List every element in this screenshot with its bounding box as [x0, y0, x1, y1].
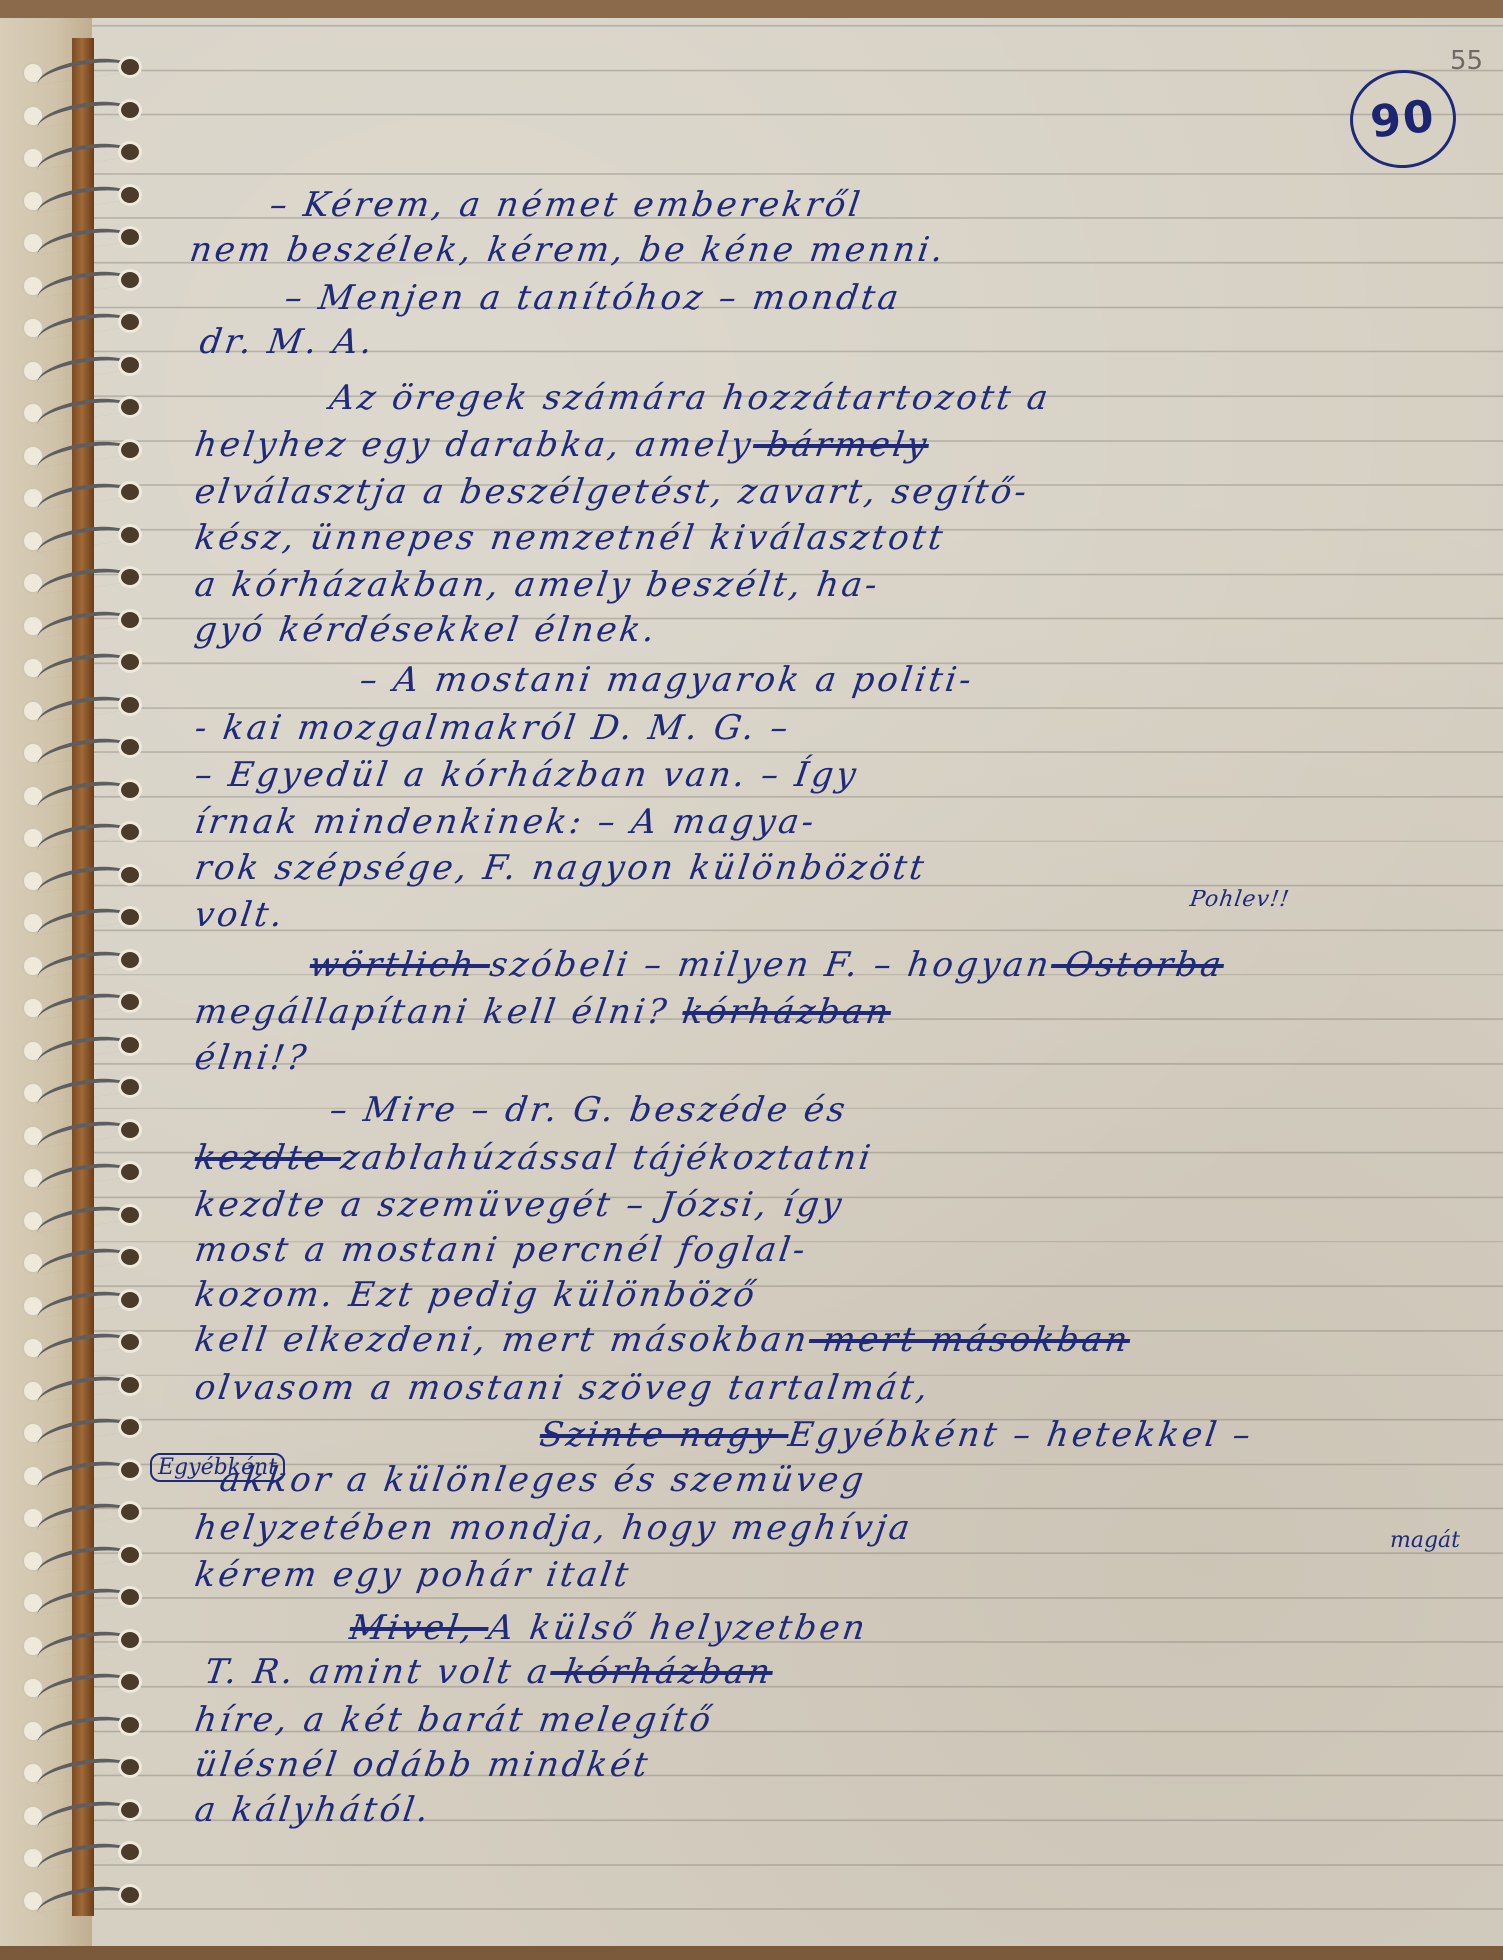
line-text: – Kérem, a német emberekről — [267, 185, 865, 225]
handwritten-line: a kórházakban, amely beszélt, ha- — [192, 563, 883, 607]
line-text: – A mostani magyarok a politi- — [357, 660, 976, 700]
line-text: T. R. amint volt a — [202, 1652, 553, 1692]
line-text: zablahúzással tájékoztatni — [338, 1138, 875, 1178]
spiral-coil-icon — [22, 1673, 140, 1697]
handwritten-line: Szinte nagy Egyébként – hetekkel – — [537, 1413, 1256, 1457]
line-text: – Egyedül a kórházban van. – Így — [192, 755, 861, 795]
spiral-coil-icon — [22, 143, 140, 167]
handwritten-line: Az öregek számára hozzátartozott a — [327, 376, 1054, 420]
handwritten-line: megállapítani kell élni? kórházban — [192, 990, 894, 1034]
spiral-coil-icon — [22, 1588, 140, 1612]
spiral-coil-icon — [22, 1333, 140, 1357]
spiral-coil-icon — [22, 398, 140, 422]
struck-text: mert másokban — [806, 1320, 1132, 1360]
line-text: a kályhától. — [192, 1790, 434, 1830]
handwritten-line: kérem egy pohár italt — [192, 1553, 634, 1597]
spiral-coil-icon — [22, 993, 140, 1017]
line-text: helyhez egy darabka, amely — [192, 425, 756, 465]
struck-text: wörtlich — [307, 945, 493, 985]
handwritten-line: most a mostani percnél foglal- — [192, 1228, 811, 1272]
spiral-coil-icon — [22, 1503, 140, 1527]
handwritten-line: helyhez egy darabka, amely bármely — [192, 423, 932, 467]
spiral-coil-icon — [22, 1121, 140, 1145]
line-text: akkor a különleges és szemüveg — [217, 1460, 869, 1500]
line-text: kell elkezdeni, mert másokban — [192, 1320, 812, 1360]
line-text: Egyébként – hetekkel – — [786, 1415, 1256, 1455]
handwritten-line: – Egyedül a kórházban van. – Így — [192, 753, 862, 797]
handwritten-line: kell elkezdeni, mert másokban mert mások… — [192, 1318, 1133, 1362]
handwritten-line: gyó kérdésekkel élnek. — [192, 608, 660, 652]
margin-note: Egyébként — [150, 1453, 285, 1482]
handwritten-line: – A mostani magyarok a politi- — [357, 658, 977, 702]
line-text: ülésnél odább mindkét — [192, 1745, 653, 1785]
line-text: volt. — [192, 895, 288, 935]
handwritten-line: rok szépsége, F. nagyon különbözött — [192, 846, 930, 890]
spiral-coil-icon — [22, 356, 140, 380]
handwritten-line: írnak mindenkinek: – A magya- — [192, 800, 819, 844]
line-text: A külső helyzetben — [486, 1608, 871, 1648]
spiral-coil-icon — [22, 1631, 140, 1655]
handwritten-line: a kályhától. — [192, 1788, 434, 1832]
spiral-coil-icon — [22, 186, 140, 210]
line-text: gyó kérdésekkel élnek. — [192, 610, 660, 650]
spiral-coil-icon — [22, 568, 140, 592]
line-text: Az öregek számára hozzátartozott a — [327, 378, 1053, 418]
handwritten-line: Mivel, A külső helyzetben — [347, 1606, 871, 1650]
struck-text: kórházban — [680, 992, 894, 1032]
spiral-coil-icon — [22, 101, 140, 125]
handwritten-line: elválasztja a beszélgetést, zavart, segí… — [192, 470, 1032, 514]
spiral-coil-icon — [22, 1843, 140, 1867]
handwritten-line: kész, ünnepes nemzetnél kiválasztott — [192, 516, 948, 560]
spiral-coil-icon — [22, 1758, 140, 1782]
spiral-coil-icon — [22, 1716, 140, 1740]
handwritten-line: akkor a különleges és szemüveg — [217, 1458, 869, 1502]
spiral-coil-icon — [22, 1248, 140, 1272]
spiral-coil-icon — [22, 1418, 140, 1442]
spiral-coil-icon — [22, 483, 140, 507]
spiral-coil-icon — [22, 1461, 140, 1485]
line-text: most a mostani percnél foglal- — [192, 1230, 810, 1270]
handwritten-line: híre, a két barát melegítő — [192, 1698, 716, 1742]
spiral-coil-icon — [22, 271, 140, 295]
notebook-page: 90 55 – Kérem, a német emberekrőlnem bes… — [0, 18, 1503, 1946]
line-text: kérem egy pohár italt — [192, 1555, 633, 1595]
spiral-coil-icon — [22, 228, 140, 252]
line-text: olvasom a mostani szöveg tartalmát, — [192, 1368, 933, 1408]
handwritten-line: helyzetében mondja, hogy meghívja — [192, 1506, 916, 1550]
handwritten-line: dr. M. A. — [197, 320, 378, 364]
handwritten-line: Pohlev!! — [1187, 878, 1293, 922]
struck-text: kórházban — [548, 1652, 776, 1692]
line-text: elválasztja a beszélgetést, zavart, segí… — [192, 472, 1032, 512]
spiral-coil-icon — [22, 1163, 140, 1187]
struck-text: kezdte — [192, 1138, 344, 1178]
handwritten-line: – Mire – dr. G. beszéde és — [327, 1088, 851, 1132]
line-text: rok szépsége, F. nagyon különbözött — [192, 848, 929, 888]
line-text: híre, a két barát melegítő — [192, 1700, 716, 1740]
line-text: szóbeli – milyen F. – hogyan — [487, 945, 1054, 985]
line-text: nem beszélek, kérem, be kéne menni. — [187, 230, 948, 270]
line-text: kezdte a szemüvegét – Józsi, így — [192, 1185, 847, 1225]
handwritten-line: élni!? — [192, 1036, 312, 1080]
line-text: megállapítani kell élni? — [192, 992, 685, 1032]
spiral-coil-icon — [22, 823, 140, 847]
table-surface — [0, 1946, 1503, 1960]
spiral-coil-icon — [22, 653, 140, 677]
spiral-coil-icon — [22, 1078, 140, 1102]
handwritten-line: – Menjen a tanítóhoz – mondta — [282, 276, 904, 320]
handwritten-line: kezdte a szemüvegét – Józsi, így — [192, 1183, 847, 1227]
spiral-coil-icon — [22, 781, 140, 805]
spiral-coil-icon — [22, 908, 140, 932]
line-text: - kai mozgalmakról D. M. G. – — [192, 708, 793, 748]
spiral-coil-icon — [22, 1886, 140, 1910]
spiral-coil-icon — [22, 58, 140, 82]
line-text: írnak mindenkinek: – A magya- — [192, 802, 819, 842]
spiral-coil-icon — [22, 1036, 140, 1060]
handwritten-line: – Kérem, a német emberekről — [267, 183, 866, 227]
pencil-page-number: 55 — [1450, 46, 1483, 76]
spiral-coil-icon — [22, 1206, 140, 1230]
struck-text: Ostorba — [1049, 945, 1227, 985]
line-text: dr. M. A. — [197, 322, 377, 362]
line-text: a kórházakban, amely beszélt, ha- — [192, 565, 882, 605]
handwritten-line: volt. — [192, 893, 288, 937]
line-text: – Mire – dr. G. beszéde és — [327, 1090, 850, 1130]
handwritten-line: olvasom a mostani szöveg tartalmát, — [192, 1366, 933, 1410]
spiral-coil-icon — [22, 1291, 140, 1315]
spiral-coil-icon — [22, 526, 140, 550]
handwritten-line: kozom. Ezt pedig különböző — [192, 1273, 760, 1317]
handwritten-line: - kai mozgalmakról D. M. G. – — [192, 706, 794, 750]
spiral-coil-icon — [22, 1801, 140, 1825]
line-text: helyzetében mondja, hogy meghívja — [192, 1508, 915, 1548]
spiral-coil-icon — [22, 611, 140, 635]
spiral-coil-icon — [22, 313, 140, 337]
handwritten-line: kezdte zablahúzással tájékoztatni — [192, 1136, 876, 1180]
spiral-coil-icon — [22, 1546, 140, 1570]
line-text: Pohlev!! — [1188, 887, 1291, 912]
handwritten-line: ülésnél odább mindkét — [192, 1743, 653, 1787]
spiral-coil-icon — [22, 1376, 140, 1400]
struck-text: Szinte nagy — [537, 1415, 791, 1455]
line-text: – Menjen a tanítóhoz – mondta — [282, 278, 904, 318]
line-text: kozom. Ezt pedig különböző — [192, 1275, 760, 1315]
struck-text: Mivel, — [347, 1608, 491, 1648]
spiral-coil-icon — [22, 951, 140, 975]
spiral-coil-icon — [22, 696, 140, 720]
handwritten-line: wörtlich szóbeli – milyen F. – hogyan Os… — [307, 943, 1227, 987]
handwritten-line: T. R. amint volt a kórházban — [202, 1650, 776, 1694]
margin-note: magát — [1390, 1528, 1460, 1553]
spiral-coil-icon — [22, 738, 140, 762]
spiral-coil-icon — [22, 441, 140, 465]
spiral-coil-icon — [22, 866, 140, 890]
handwritten-line: nem beszélek, kérem, be kéne menni. — [187, 228, 949, 272]
line-text: élni!? — [192, 1038, 311, 1078]
struck-text: bármely — [750, 425, 931, 465]
line-text: kész, ünnepes nemzetnél kiválasztott — [192, 518, 948, 558]
